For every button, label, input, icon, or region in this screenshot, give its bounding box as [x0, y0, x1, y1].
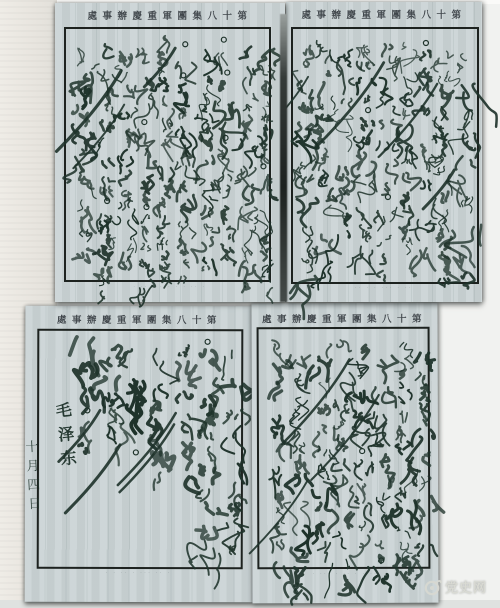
weibo-logo-icon — [424, 578, 442, 596]
watermark: 党史网 — [424, 577, 487, 596]
letter-page-3: 處事辦慶重軍團集八十第 毛泽东 十月四日 · · ·· · ··· ·· · — [25, 306, 254, 603]
handwriting-calligraphy — [251, 303, 438, 604]
page-seam-shadow — [280, 14, 287, 302]
letter-page-2: 處事辦慶重軍團集八十第 ·· · · ··· · ·· — [286, 2, 482, 302]
watermark-text: 党史网 — [445, 577, 487, 596]
handwriting-calligraphy — [286, 2, 482, 302]
letter-page-1: 處事辦慶重軍團集八十第 · ·· · ··· · · ·· · — [55, 3, 285, 302]
signature-date: 十月四日 — [21, 439, 44, 516]
letter-page-4: 處事辦慶重軍團集八十第 · ··· · ·· · · ·· — [251, 303, 438, 604]
handwriting-calligraphy — [55, 3, 285, 302]
scanned-letter-photo: 處事辦慶重軍團集八十第 · ·· · ··· · · ·· · 處事辦慶重軍團集… — [0, 0, 500, 608]
